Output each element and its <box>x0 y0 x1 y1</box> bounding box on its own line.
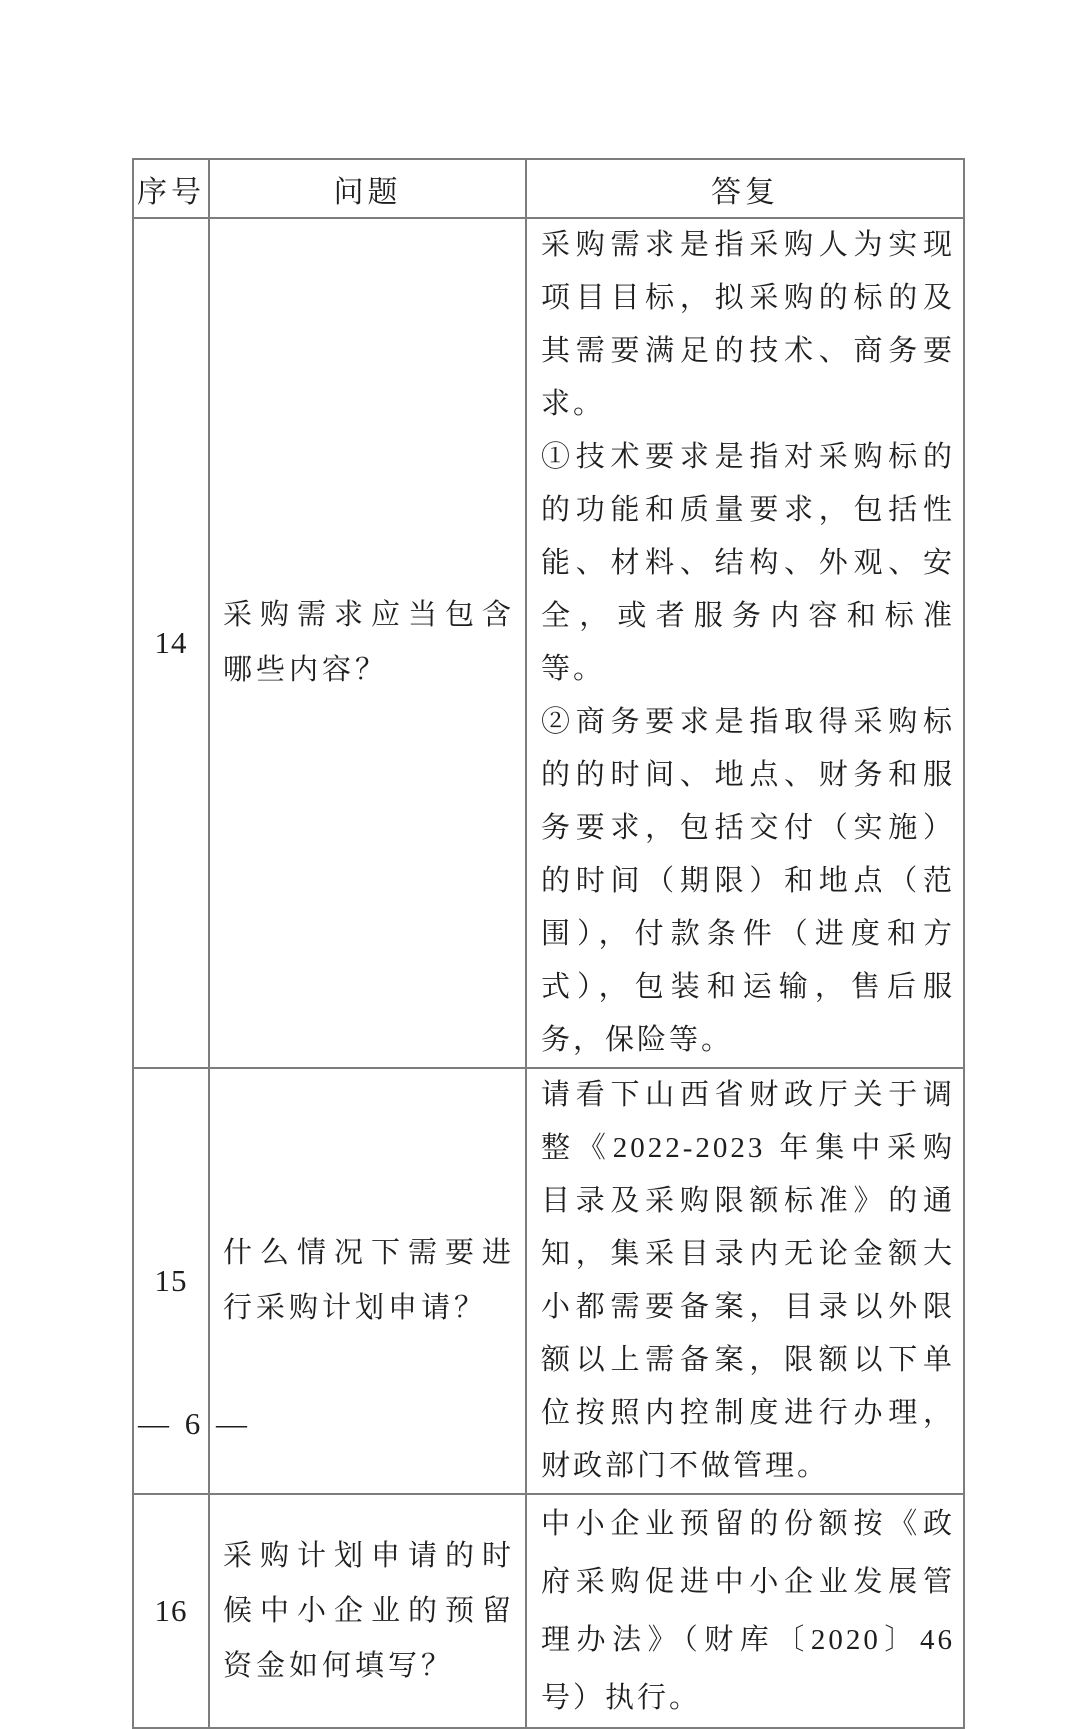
question-text: 什么情况下需要进行采购计划申请？ <box>223 1226 515 1336</box>
answer-paragraph: 中小企业预留的份额按《政府采购促进中小企业发展管理办法》（财库〔2020〕46 … <box>541 1495 955 1727</box>
page-number: — 6 — <box>138 1406 251 1442</box>
document-page: 序号 问题 答复 14 采购需求应当包含哪些内容？ 采购需求是指采购人为实现项目… <box>0 0 1092 1535</box>
question-cell: 采购需求应当包含哪些内容？ <box>209 218 526 1068</box>
answer-paragraph: 请看下山西省财政厅关于调整《2022-2023 年集中采购目录及采购限额标准》的… <box>541 1069 955 1493</box>
question-text: 采购计划申请的时候中小企业的预留资金如何填写？ <box>223 1529 515 1694</box>
header-col-answer: 答复 <box>526 159 964 218</box>
header-col-number: 序号 <box>133 159 209 218</box>
table-header-row: 序号 问题 答复 <box>133 159 964 218</box>
faq-table: 序号 问题 答复 14 采购需求应当包含哪些内容？ 采购需求是指采购人为实现项目… <box>132 158 965 1729</box>
answer-paragraph: ②商务要求是指取得采购标的的时间、地点、财务和服务要求，包括交付（实施）的时间（… <box>541 696 955 1067</box>
answer-paragraph: 采购需求是指采购人为实现项目目标，拟采购的标的及其需要满足的技术、商务要求。 <box>541 219 955 431</box>
question-cell: 采购计划申请的时候中小企业的预留资金如何填写？ <box>209 1494 526 1728</box>
table-row: 14 采购需求应当包含哪些内容？ 采购需求是指采购人为实现项目目标，拟采购的标的… <box>133 218 964 1068</box>
header-col-question: 问题 <box>209 159 526 218</box>
row-number: 14 <box>133 218 209 1068</box>
table-row: 15 什么情况下需要进行采购计划申请？ 请看下山西省财政厅关于调整《2022-2… <box>133 1068 964 1494</box>
answer-paragraph: ①技术要求是指对采购标的的功能和质量要求，包括性能、材料、结构、外观、安全，或者… <box>541 431 955 696</box>
answer-cell: 中小企业预留的份额按《政府采购促进中小企业发展管理办法》（财库〔2020〕46 … <box>526 1494 964 1728</box>
table-row: 16 采购计划申请的时候中小企业的预留资金如何填写？ 中小企业预留的份额按《政府… <box>133 1494 964 1728</box>
answer-cell: 采购需求是指采购人为实现项目目标，拟采购的标的及其需要满足的技术、商务要求。 ①… <box>526 218 964 1068</box>
row-number: 16 <box>133 1494 209 1728</box>
answer-cell: 请看下山西省财政厅关于调整《2022-2023 年集中采购目录及采购限额标准》的… <box>526 1068 964 1494</box>
question-text: 采购需求应当包含哪些内容？ <box>223 588 515 698</box>
question-cell: 什么情况下需要进行采购计划申请？ <box>209 1068 526 1494</box>
